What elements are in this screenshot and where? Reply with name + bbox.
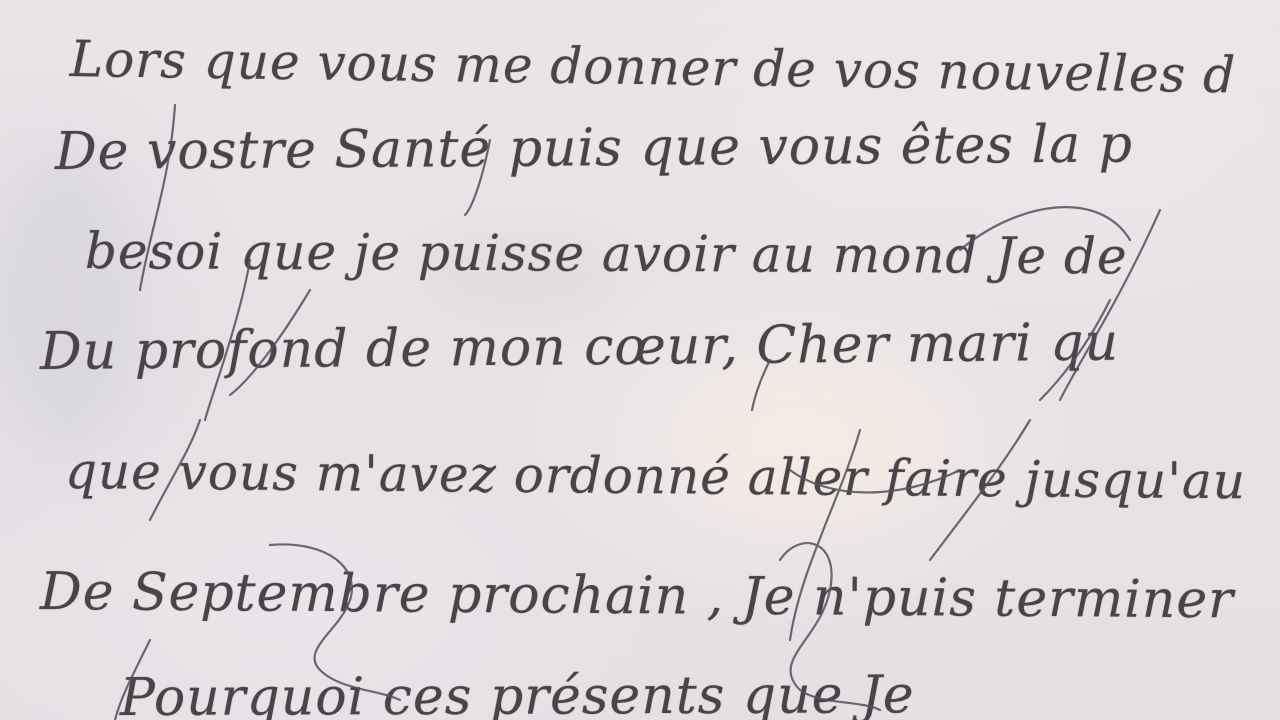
manuscript-line-6: De Septembre prochain , Je n'puis termin…	[40, 562, 1234, 630]
manuscript-line-4: Du profond de mon cœur, Cher mari qu	[40, 313, 1120, 382]
manuscript-line-5: que vous m'avez ordonné aller faire jusq…	[65, 442, 1247, 510]
manuscript-page: Lors que vous me donner de vos nouvelles…	[0, 0, 1280, 720]
paper-stain	[0, 150, 140, 450]
manuscript-line-3: besoi que je puisse avoir au mond Je de	[85, 222, 1128, 285]
manuscript-line-2: De vostre Santé puis que vous êtes la p	[55, 114, 1133, 182]
manuscript-line-1: Lors que vous me donner de vos nouvelles…	[70, 30, 1237, 104]
manuscript-line-7: Pourquoi ces présents que Je	[120, 665, 915, 720]
